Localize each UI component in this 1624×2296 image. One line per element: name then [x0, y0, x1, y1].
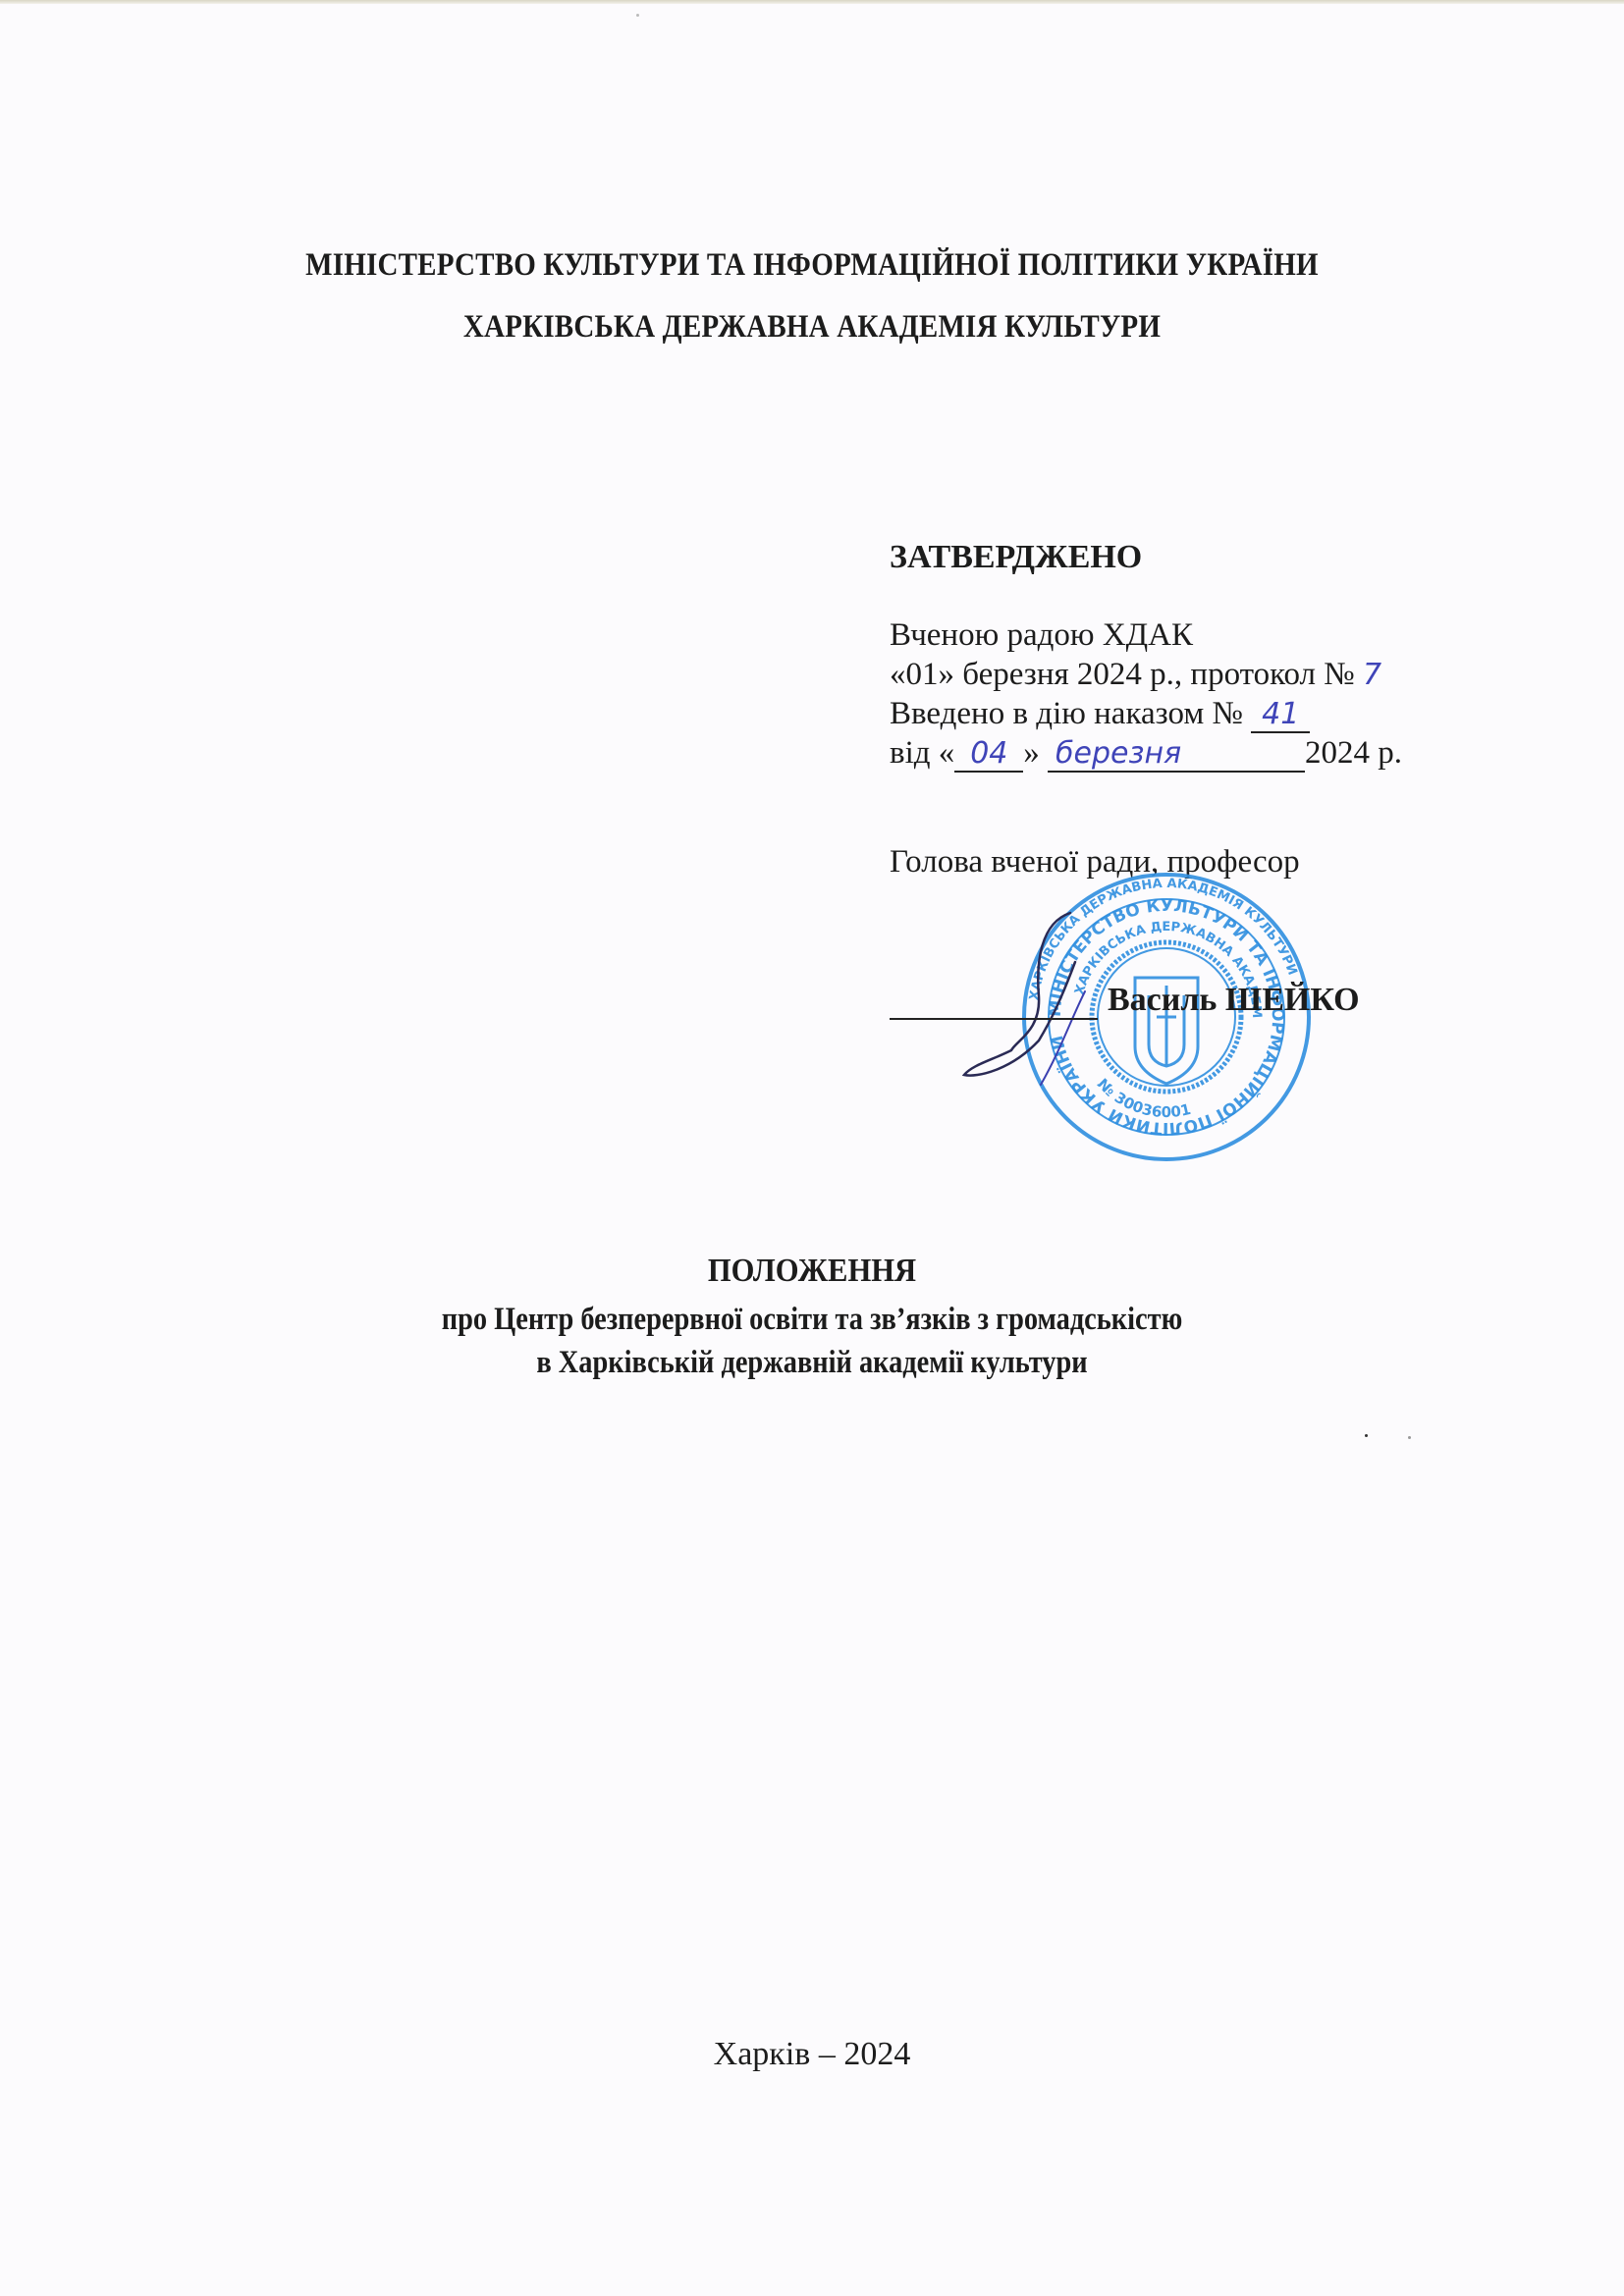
signer-name: Василь ШЕЙКО: [1108, 982, 1360, 1019]
enacted-line: Введено в дію наказом № 41: [890, 694, 1310, 733]
approval-title: ЗАТВЕРДЖЕНО: [890, 538, 1142, 577]
enacted-text: Введено в дію наказом №: [890, 696, 1243, 731]
approval-date-text: «01» березня 2024 р., протокол №: [890, 657, 1355, 692]
approval-date-line: «01» березня 2024 р., протокол № 7: [890, 655, 1381, 695]
enacted-year: 2024 р.: [1305, 735, 1402, 771]
document-subtitle-line1: про Центр безперервної освіти та зв’язкі…: [114, 1302, 1510, 1338]
protocol-number-handwritten: 7: [1363, 658, 1381, 692]
order-number-handwritten: 41: [1262, 697, 1299, 731]
scan-speck: [1365, 1434, 1368, 1437]
signature-line: [890, 1018, 1098, 1020]
document-subtitle-line2: в Харківській державній академії культур…: [114, 1345, 1510, 1381]
enacted-mid: »: [1023, 735, 1040, 771]
enacted-date-prefix: від «: [890, 735, 954, 771]
scan-speck: [636, 14, 639, 17]
approved-by: Вченою радою ХДАК: [890, 615, 1193, 655]
scan-top-edge: [0, 0, 1624, 4]
enacted-date-line: від «04» березня2024 р.: [890, 733, 1402, 773]
handwritten-signature: [923, 903, 1119, 1099]
order-number-field: 41: [1251, 697, 1310, 733]
scan-speck: [1408, 1436, 1411, 1439]
enacted-month-handwritten: березня: [1048, 736, 1181, 771]
academy-heading: ХАРКІВСЬКА ДЕРЖАВНА АКАДЕМІЯ КУЛЬТУРИ: [97, 309, 1527, 346]
footer-city-year: Харків – 2024: [0, 2036, 1624, 2073]
enacted-month-field: березня: [1048, 736, 1305, 773]
document-title: ПОЛОЖЕННЯ: [81, 1253, 1543, 1290]
enacted-day-handwritten: 04: [970, 736, 1007, 771]
enacted-day-field: 04: [954, 736, 1023, 773]
ministry-heading: МІНІСТЕРСТВО КУЛЬТУРИ ТА ІНФОРМАЦІЙНОЇ П…: [97, 247, 1527, 284]
